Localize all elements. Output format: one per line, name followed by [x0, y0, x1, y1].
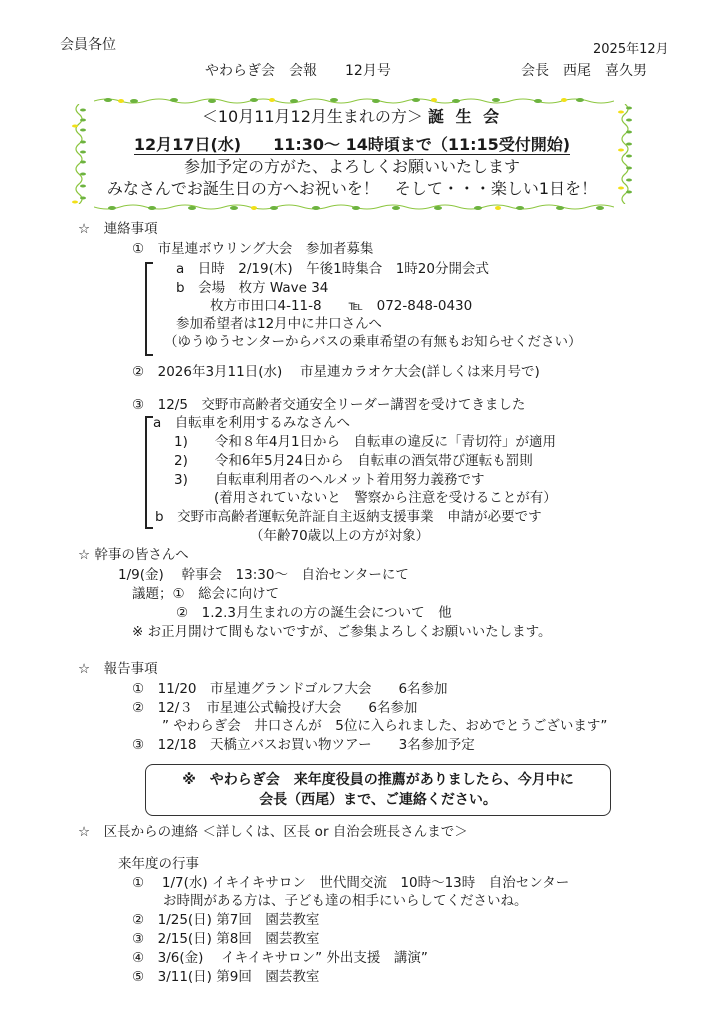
section-heading-kucho: ☆ 区長からの連絡 ＜詳しくは、区長 or 自治会班長さんまで＞	[78, 823, 468, 841]
renraku-item-1-b: b 会場 枚方 Wave 34	[176, 279, 328, 297]
vine-border-right-icon	[618, 104, 632, 204]
officer-recommendation-notice: ※ やわらぎ会 来年度役員の推薦がありましたら、今月中に 会長（西尾）まで、ご連…	[145, 764, 611, 816]
renraku-item-3-a3-note: (着用されていないと 警察から注意を受けることが有）	[214, 489, 557, 507]
vine-border-top-icon	[94, 96, 614, 104]
kanji-note: ※ お正月開けて間もないですが、ご参集よろしくお願いいたします。	[132, 623, 552, 641]
vine-border-left-icon	[72, 104, 86, 204]
addressee: 会員各位	[60, 36, 116, 54]
renraku-item-3-a1: 1) 令和８年4月1日から 自転車の違反に「青切符」が適用	[174, 433, 556, 451]
hokoku-item-1: ① 11/20 市星連グランドゴルフ大会 6名参加	[132, 680, 448, 698]
birthday-datetime-text: 12月17日(水) 11:30～ 14時頃まで（11:15受付開始)	[134, 135, 570, 155]
birthday-datetime: 12月17日(水) 11:30～ 14時頃まで（11:15受付開始)	[96, 134, 608, 156]
kucho-item-5: ⑤ 3/11(日) 第9回 園芸教室	[132, 968, 319, 986]
kanji-agenda-1: 議題；① 総会に向けて	[132, 585, 279, 603]
renraku-item-3-b-note: （年齢70歳以上の方が対象）	[250, 527, 429, 545]
section-heading-hokoku: ☆ 報告事項	[78, 660, 158, 678]
kucho-item-2: ② 1/25(日) 第7回 園芸教室	[132, 911, 319, 929]
notice-line-1: ※ やわらぎ会 来年度役員の推薦がありましたら、今月中に	[146, 770, 610, 790]
renraku-item-3-a: a 自転車を利用するみなさんへ	[153, 414, 350, 432]
bracket-item-3	[145, 416, 153, 529]
renraku-item-1-note-2: （ゆうゆうセンターからバスの乗車希望の有無もお知らせください）	[164, 333, 582, 351]
renraku-item-1-title: ① 市星連ボウリング大会 参加者募集	[132, 240, 373, 258]
birthday-title: ＜10月11月12月生まれの方＞ 誕 生 会	[96, 106, 608, 128]
birthday-line-2: みなさんでお誕生日の方へお祝いを！ そして・・・楽しい1日を！	[96, 178, 608, 200]
kanji-agenda-2: ② 1.2.3月生まれの方の誕生会について 他	[176, 604, 452, 622]
kanji-meeting: 1/9(金) 幹事会 13:30～ 自治センターにて	[118, 566, 409, 584]
kucho-item-3: ③ 2/15(日) 第8回 園芸教室	[132, 930, 319, 948]
renraku-item-3-a3: 3) 自転車利用者のヘルメット着用努力義務です	[174, 471, 484, 489]
renraku-item-1-a: a 日時 2/19(木) 午後1時集合 1時20分開会式	[176, 260, 489, 278]
birthday-title-prefix: ＜10月11月12月生まれの方＞	[202, 107, 423, 126]
section-heading-renraku: ☆ 連絡事項	[78, 220, 158, 238]
renraku-item-3-a2: 2) 令和6年5月24日から 自転車の酒気帯び運転も罰則	[174, 452, 533, 470]
section-heading-kanji: ☆ 幹事の皆さんへ	[78, 546, 189, 564]
kucho-item-1: ① 1/7(水) イキイキサロン 世代間交流 10時～13時 自治センター	[132, 874, 569, 892]
birthday-title-suffix: 誕 生 会	[428, 107, 502, 126]
hokoku-item-2-note: ” やわらぎ会 井口さんが 5位に入られました、おめでとうございます”	[162, 717, 607, 735]
renraku-item-1-address: 枚方市田口4-11-8 ℡ 072-848-0430	[210, 297, 472, 315]
birthday-party-box: ＜10月11月12月生まれの方＞ 誕 生 会 12月17日(水) 11:30～ …	[72, 96, 632, 212]
birthday-line-1: 参加予定の方がた、よろしくお願いいたします	[96, 156, 608, 178]
newsletter-title: やわらぎ会 会報 12月号	[205, 62, 391, 80]
kucho-item-4: ④ 3/6(金) イキイキサロン” 外出支援 講演”	[132, 949, 428, 967]
renraku-item-2: ② 2026年3月11日(水) 市星連カラオケ大会(詳しくは来月号で)	[132, 363, 540, 381]
hokoku-item-2: ② 12/３ 市星連公式輪投げ大会 6名参加	[132, 699, 417, 717]
kucho-item-1-note: お時間がある方は、子ども達の相手にいらしてくださいね。	[163, 892, 528, 910]
bracket-item-1	[145, 262, 153, 356]
vine-border-bottom-icon	[94, 204, 614, 212]
issue-date: 2025年12月	[593, 38, 669, 57]
chairman-name: 会長 西尾 喜久男	[521, 62, 647, 80]
notice-line-2: 会長（西尾）まで、ご連絡ください。	[146, 790, 610, 810]
renraku-item-3-b: b 交野市高齢者運転免許証自主返納支援事業 申請が必要です	[155, 508, 542, 526]
renraku-item-3-title: ③ 12/5 交野市高齢者交通安全リーダー講習を受けてきました	[132, 396, 525, 414]
hokoku-item-3: ③ 12/18 天橋立バスお買い物ツアー 3名参加予定	[132, 736, 475, 754]
renraku-item-1-note-1: 参加希望者は12月中に井口さんへ	[176, 315, 382, 333]
kucho-subheading: 来年度の行事	[118, 855, 199, 873]
